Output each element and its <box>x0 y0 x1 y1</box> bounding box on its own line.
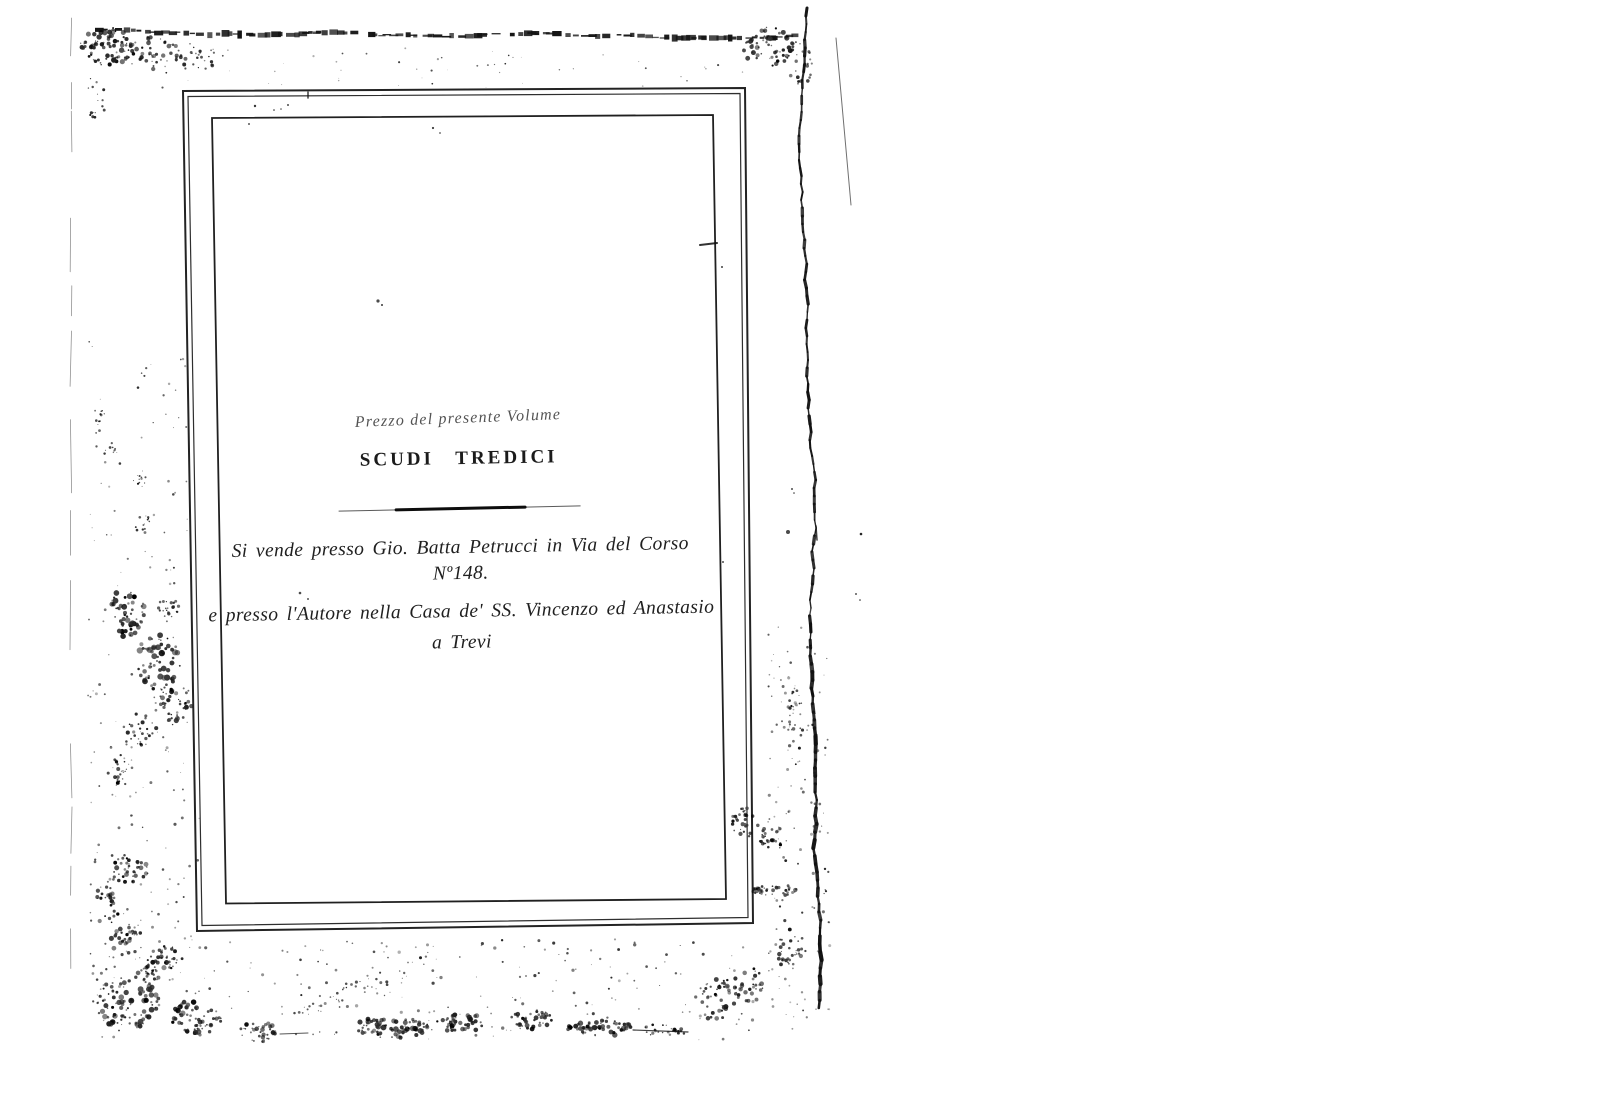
title-page-text: Prezzo del presente Volume SCUDI TREDICI… <box>203 404 717 661</box>
scanned-book-page: Prezzo del presente Volume SCUDI TREDICI… <box>0 0 1599 1101</box>
sale-line-1: Si vende presso Gio. Batta Petrucci in V… <box>205 531 716 592</box>
divider-rule <box>339 504 581 513</box>
price-value: SCUDI TREDICI <box>204 442 714 477</box>
sale-line-2: e presso l'Autore nella Casa de' SS. Vin… <box>206 595 716 630</box>
